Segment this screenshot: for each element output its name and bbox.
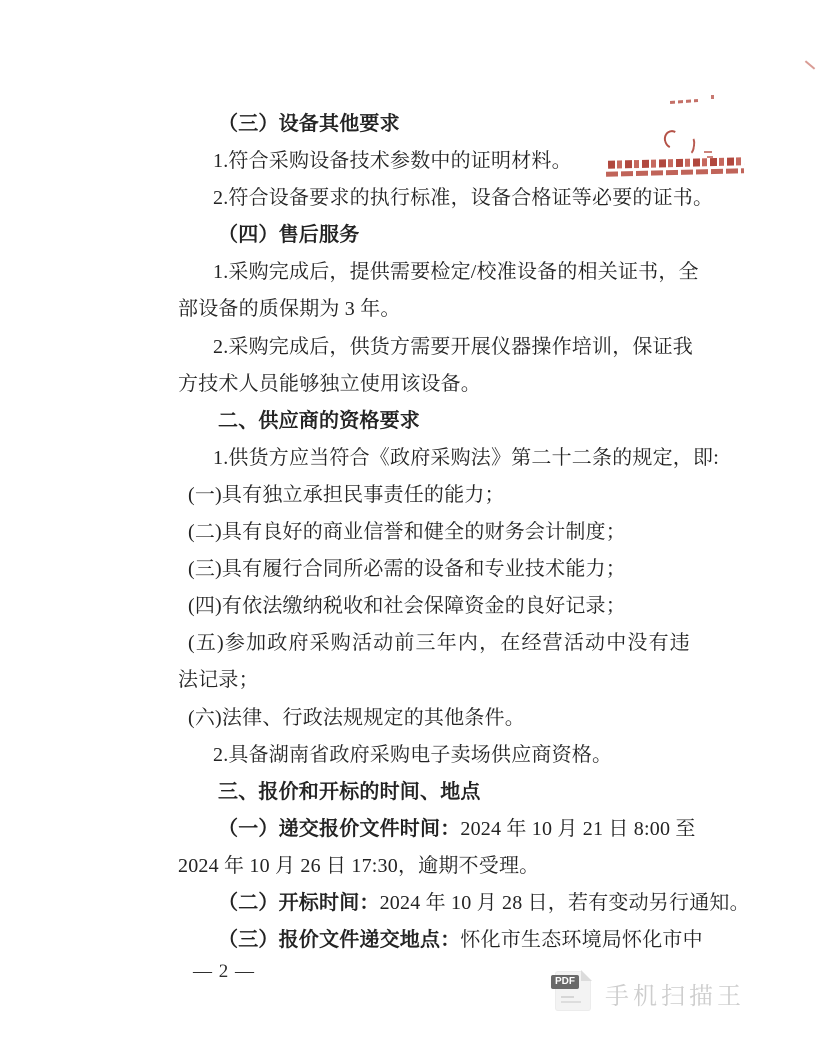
doc-heading-line: （三）设备其他要求 [178, 106, 690, 143]
doc-line: 1.供货方应当符合《政府采购法》第二十二条的规定，即: [178, 440, 690, 477]
doc-line: 法记录； [178, 662, 690, 699]
doc-list-item: (四)有依法缴纳税收和社会保障资金的良好记录； [178, 588, 690, 625]
doc-list-item: (二)具有良好的商业信誉和健全的财务会计制度； [178, 514, 690, 551]
doc-line: 方技术人员能够独立使用该设备。 [178, 366, 690, 403]
watermark-text: 手机扫描王 [605, 976, 745, 1011]
doc-line: 1.符合采购设备技术参数中的证明材料。 [178, 143, 690, 180]
doc-line: 2.具备湖南省政府采购电子卖场供应商资格。 [178, 737, 690, 774]
doc-line: （二）开标时间：2024 年 10 月 28 日，若有变动另行通知。 [178, 885, 690, 922]
doc-text-segment: 2024 年 10 月 21 日 8:00 至 [460, 818, 695, 840]
scanned-document-page: （三）设备其他要求 1.符合采购设备技术参数中的证明材料。 2.符合设备要求的执… [0, 0, 816, 1056]
doc-text-segment: 怀化市生态环境局怀化市中 [460, 929, 702, 951]
doc-text-bold-segment: （一）递交报价文件时间： [218, 818, 460, 840]
pdf-icon-line [561, 1001, 581, 1003]
doc-text-bold-segment: 二、供应商的资格要求 [218, 410, 420, 432]
pdf-icon-line [561, 996, 574, 998]
doc-text-segment: 方技术人员能够独立使用该设备。 [178, 373, 481, 395]
doc-line: 2.采购完成后，供货方需要开展仪器操作培训，保证我 [178, 329, 690, 366]
stamp-mark-dash [670, 99, 698, 104]
doc-list-item: (五)参加政府采购活动前三年内，在经营活动中没有违 [178, 625, 690, 662]
doc-line: （一）递交报价文件时间：2024 年 10 月 21 日 8:00 至 [178, 811, 690, 848]
doc-text-bold-segment: （二）开标时间： [218, 892, 380, 914]
doc-line: （三）报价文件递交地点：怀化市生态环境局怀化市中 [178, 922, 690, 959]
doc-list-item: (一)具有独立承担民事责任的能力； [178, 477, 690, 514]
doc-text-segment: (四)有依法缴纳税收和社会保障资金的良好记录； [188, 595, 626, 617]
doc-text-segment: 2.符合设备要求的执行标准，设备合格证等必要的证书。 [213, 187, 713, 209]
doc-text-bold-segment: （三）设备其他要求 [218, 113, 400, 135]
doc-text-segment: 法记录； [178, 669, 259, 691]
doc-list-item: (六)法律、行政法规规定的其他条件。 [178, 700, 690, 737]
doc-line: 2.符合设备要求的执行标准，设备合格证等必要的证书。 [178, 180, 690, 217]
doc-text-segment: 2.采购完成后，供货方需要开展仪器操作培训，保证我 [213, 336, 693, 358]
doc-text-bold-segment: （三）报价文件递交地点： [218, 929, 460, 951]
doc-text-segment: (五)参加政府采购活动前三年内，在经营活动中没有违 [188, 632, 690, 654]
doc-text-segment: 1.供货方应当符合《政府采购法》第二十二条的规定，即: [213, 447, 719, 469]
doc-line: 2024 年 10 月 26 日 17:30，逾期不受理。 [178, 848, 690, 885]
doc-heading-line: 三、报价和开标的时间、地点 [178, 774, 690, 811]
doc-line: 部设备的质保期为 3 年。 [178, 291, 690, 328]
document-body: （三）设备其他要求 1.符合采购设备技术参数中的证明材料。 2.符合设备要求的执… [178, 106, 690, 959]
doc-list-item: (三)具有履行合同所必需的设备和专业技术能力； [178, 551, 690, 588]
doc-text-segment: (六)法律、行政法规规定的其他条件。 [188, 707, 525, 729]
doc-text-segment: 部设备的质保期为 3 年。 [178, 298, 401, 320]
doc-text-segment: (三)具有履行合同所必需的设备和专业技术能力； [188, 558, 626, 580]
doc-text-segment: 2024 年 10 月 28 日，若有变动另行通知。 [380, 892, 750, 914]
doc-text-bold-segment: 三、报价和开标的时间、地点 [218, 781, 481, 803]
stamp-mark-minidash [704, 151, 712, 153]
scanner-watermark: PDF 手机扫描王 [553, 968, 753, 1016]
doc-text-segment: 2024 年 10 月 26 日 17:30，逾期不受理。 [178, 855, 539, 877]
doc-text-segment: 1.符合采购设备技术参数中的证明材料。 [213, 150, 572, 172]
doc-heading-line: 二、供应商的资格要求 [178, 403, 690, 440]
doc-heading-line: （四）售后服务 [178, 217, 690, 254]
doc-text-segment: (二)具有良好的商业信誉和健全的财务会计制度； [188, 521, 626, 543]
stamp-mark-dot [711, 95, 714, 99]
pdf-icon-fold [581, 970, 592, 981]
pdf-icon-badge: PDF [551, 975, 579, 989]
doc-line: 1.采购完成后，提供需要检定/校准设备的相关证书，全 [178, 254, 690, 291]
doc-text-segment: 1.采购完成后，提供需要检定/校准设备的相关证书，全 [213, 261, 699, 283]
stamp-mark-corner-dash [805, 60, 815, 69]
doc-text-bold-segment: （四）售后服务 [218, 224, 359, 246]
pdf-file-icon: PDF [555, 971, 591, 1011]
doc-text-segment: (一)具有独立承担民事责任的能力； [188, 484, 505, 506]
page-number: — 2 — [193, 961, 255, 983]
doc-text-segment: 2.具备湖南省政府采购电子卖场供应商资格。 [213, 744, 612, 766]
